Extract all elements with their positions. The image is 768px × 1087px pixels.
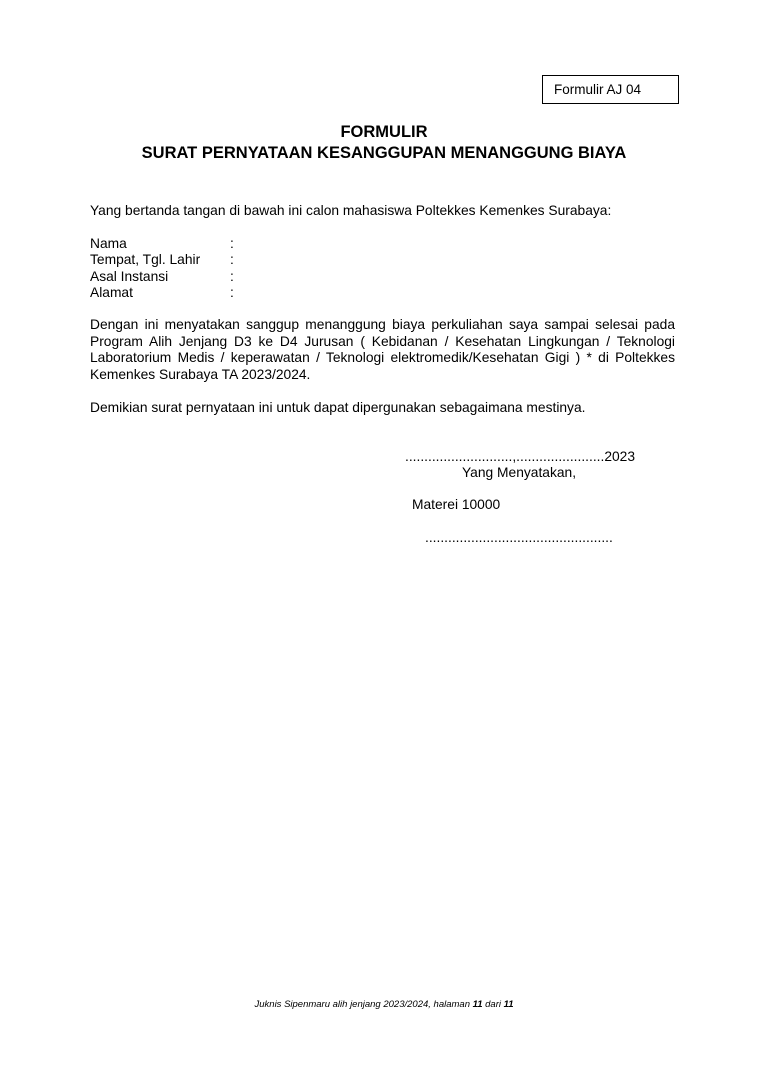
field-tempat-tgl-lahir: Tempat, Tgl. Lahir: — [90, 252, 234, 269]
footer-of: dari — [483, 999, 504, 1010]
stamp-duty-note: Materei 10000 — [412, 497, 500, 514]
form-subtitle: SURAT PERNYATAAN KESANGGUPAN MENANGGUNG … — [0, 144, 768, 163]
footer-page: 11 — [473, 999, 483, 1010]
field-nama: Nama: — [90, 236, 234, 253]
signature-label: Yang Menyatakan, — [462, 465, 576, 482]
footer-total: 11 — [504, 999, 514, 1010]
field-alamat: Alamat: — [90, 285, 234, 302]
field-label: Nama — [90, 236, 230, 253]
field-separator: : — [230, 236, 234, 251]
statement-paragraph: Dengan ini menyatakan sanggup menanggung… — [90, 317, 675, 383]
date-line: ............................,...........… — [405, 449, 635, 466]
field-label: Tempat, Tgl. Lahir — [90, 252, 230, 269]
footer-text: Juknis Sipenmaru alih jenjang 2023/2024,… — [255, 999, 473, 1010]
field-label: Asal Instansi — [90, 269, 230, 286]
intro-text: Yang bertanda tangan di bawah ini calon … — [90, 203, 611, 220]
form-code-box: Formulir AJ 04 — [542, 75, 679, 104]
page-footer: Juknis Sipenmaru alih jenjang 2023/2024,… — [0, 999, 768, 1010]
field-separator: : — [230, 269, 234, 284]
form-title: FORMULIR — [0, 123, 768, 142]
closing-text: Demikian surat pernyataan ini untuk dapa… — [90, 400, 585, 417]
field-label: Alamat — [90, 285, 230, 302]
signature-name-line: ........................................… — [425, 530, 613, 547]
field-asal-instansi: Asal Instansi: — [90, 269, 234, 286]
field-separator: : — [230, 285, 234, 300]
field-separator: : — [230, 252, 234, 267]
